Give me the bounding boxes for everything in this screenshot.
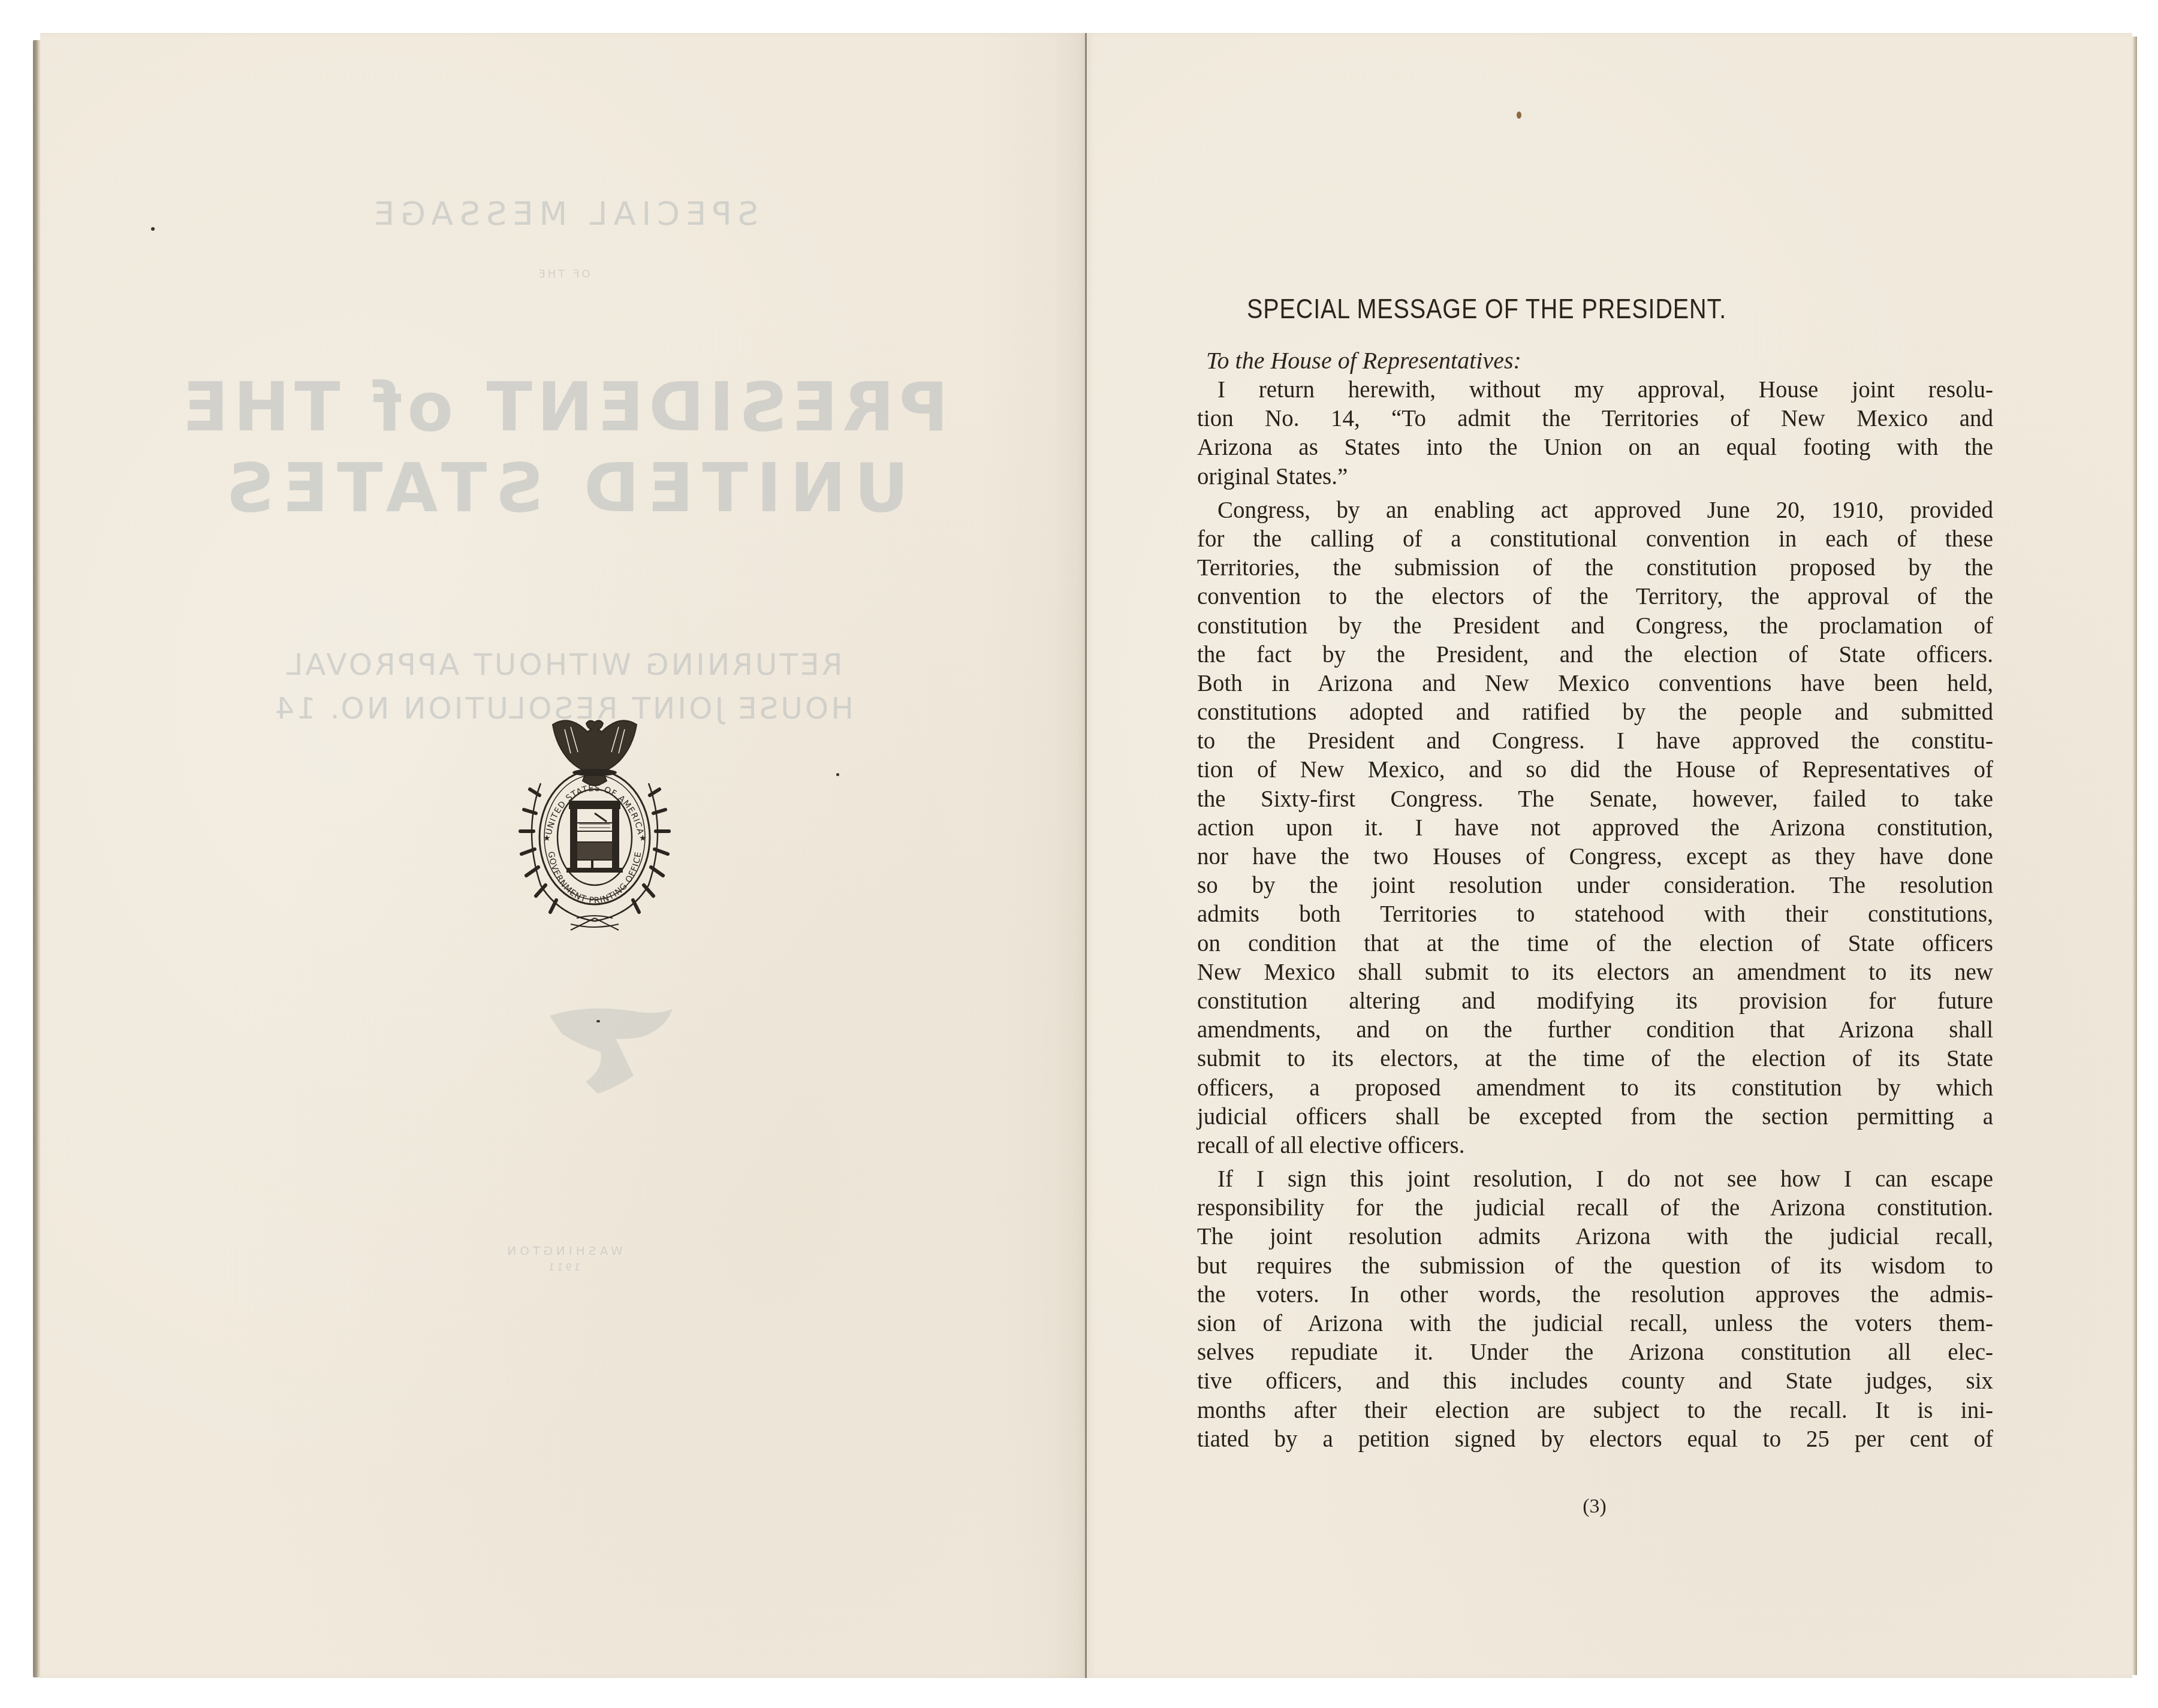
body-line: the Sixty-first Congress. The Senate, ho… xyxy=(1197,785,1993,814)
body-line: responsibility for the judicial recall o… xyxy=(1197,1194,1993,1223)
body-line: sion of Arizona with the judicial recall… xyxy=(1197,1309,1993,1338)
svg-text:★: ★ xyxy=(639,834,647,843)
body-line: the fact by the President, and the elect… xyxy=(1197,641,1993,669)
show-through-united-states: UNITED STATES xyxy=(40,449,1086,527)
body-line: If I sign this joint resolution, I do no… xyxy=(1197,1165,1993,1194)
body-line: for the calling of a constitutional conv… xyxy=(1197,525,1993,554)
body-line: but requires the submission of the quest… xyxy=(1197,1252,1993,1281)
body-line: recall of all elective officers. xyxy=(1197,1131,1993,1160)
show-through-of-the: OF THE xyxy=(40,268,1086,280)
body-line: original States.” xyxy=(1197,463,1993,491)
body-line: constitution by the President and Congre… xyxy=(1197,612,1993,641)
body-line: selves repudiate it. Under the Arizona c… xyxy=(1197,1338,1993,1367)
body-line: constitution altering and modifying its … xyxy=(1197,987,1993,1016)
body-line: the voters. In other words, the resoluti… xyxy=(1197,1281,1993,1309)
body-line: Both in Arizona and New Mexico conventio… xyxy=(1197,669,1993,698)
paper-speck xyxy=(596,1020,600,1022)
gpo-seal-icon: UNITED STATES OF AMERICA GOVERNMENT PRIN… xyxy=(505,705,685,933)
paper-speck xyxy=(1517,111,1521,119)
seal-top-text: UNITED STATES OF AMERICA xyxy=(544,784,645,836)
body-line: amendments, and on the further condition… xyxy=(1197,1016,1993,1045)
body-line: tion of New Mexico, and so did the House… xyxy=(1197,756,1993,784)
body-line: New Mexico shall submit to its electors … xyxy=(1197,958,1993,987)
fold-shadow xyxy=(980,33,1085,1678)
body-line: months after their election are subject … xyxy=(1197,1396,1993,1425)
body-line: tion No. 14, “To admit the Territories o… xyxy=(1197,405,1993,433)
page-title: SPECIAL MESSAGE OF THE PRESIDENT. xyxy=(1247,292,1897,325)
body-line: nor have the two Houses of Congress, exc… xyxy=(1197,843,1993,871)
message-body: I return herewith, without my approval, … xyxy=(1197,376,1993,1454)
body-line: Congress, by an enabling act approved Ju… xyxy=(1197,496,1993,525)
body-line: constitutions adopted and ratified by th… xyxy=(1197,698,1993,727)
body-line: Territories, the submission of the const… xyxy=(1197,554,1993,583)
paper-speck xyxy=(836,773,839,776)
body-line: so by the joint resolution under conside… xyxy=(1197,871,1993,900)
body-line: action upon it. I have not approved the … xyxy=(1197,814,1993,843)
body-line: to the President and Congress. I have ap… xyxy=(1197,727,1993,756)
body-line: Arizona as States into the Union on an e… xyxy=(1197,433,1993,462)
show-through-imprint-city: WASHINGTON xyxy=(40,1244,1086,1258)
body-line: judicial officers shall be excepted from… xyxy=(1197,1103,1993,1131)
right-page-edges xyxy=(2132,37,2137,1675)
body-line: on condition that at the time of the ele… xyxy=(1197,930,1993,958)
show-through-president: PRESIDENT of THE xyxy=(40,369,1086,446)
show-through-title: SPECIAL MESSAGE xyxy=(40,195,1086,233)
gutter-line xyxy=(1085,33,1087,1678)
body-line: tiated by a petition signed by electors … xyxy=(1197,1425,1993,1454)
page-number: (3) xyxy=(1565,1495,1624,1518)
show-through-eagle-icon xyxy=(544,1004,682,1100)
show-through-returning: RETURNING WITHOUT APPROVAL xyxy=(40,647,1086,682)
salutation: To the House of Representatives: xyxy=(1206,346,1985,375)
body-line: tive officers, and this includes county … xyxy=(1197,1367,1993,1396)
body-line: The joint resolution admits Arizona with… xyxy=(1197,1223,1993,1251)
paper-speck xyxy=(151,227,155,231)
left-page: SPECIAL MESSAGE OF THE PRESIDENT of THE … xyxy=(40,33,1086,1678)
body-line: I return herewith, without my approval, … xyxy=(1197,376,1993,405)
body-line: submit to its electors, at the time of t… xyxy=(1197,1045,1993,1073)
body-line: officers, a proposed amendment to its co… xyxy=(1197,1074,1993,1103)
svg-text:★: ★ xyxy=(543,834,551,843)
show-through-imprint-year: 1911 xyxy=(40,1262,1086,1273)
svg-text:UNITED STATES OF AMERICA: UNITED STATES OF AMERICA xyxy=(544,784,645,836)
body-line: admits both Territories to statehood wit… xyxy=(1197,900,1993,929)
body-line: convention to the electors of the Territ… xyxy=(1197,583,1993,611)
